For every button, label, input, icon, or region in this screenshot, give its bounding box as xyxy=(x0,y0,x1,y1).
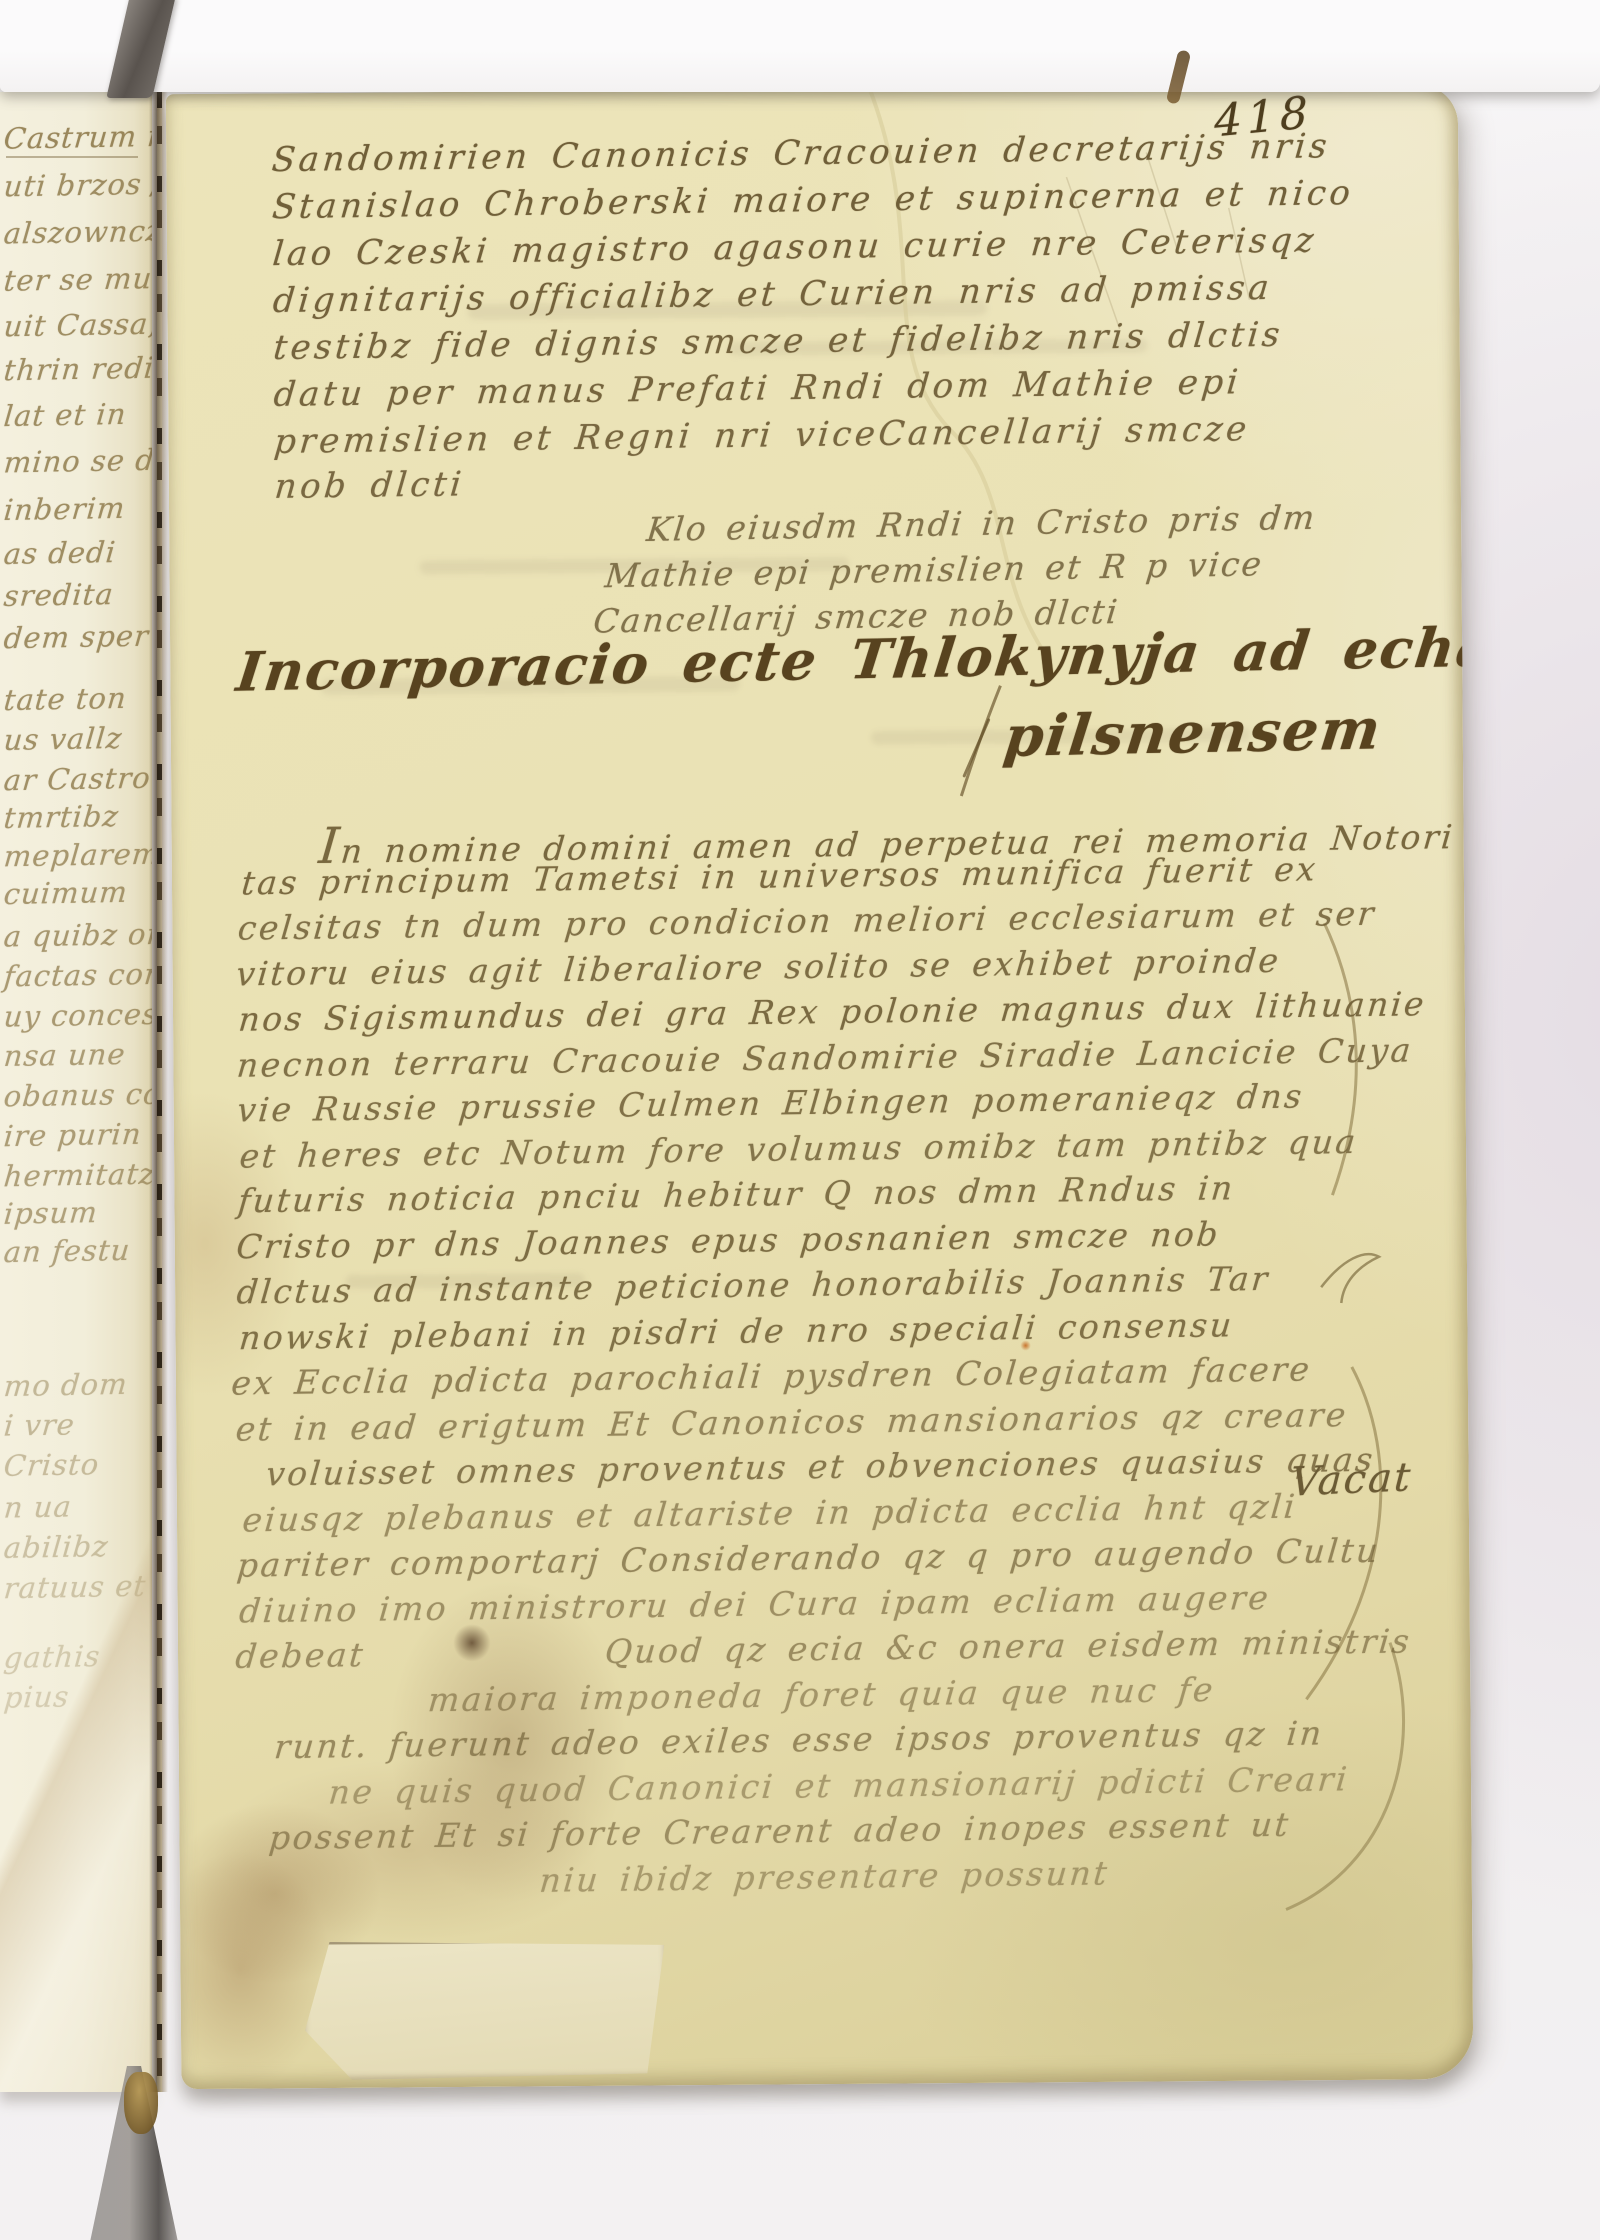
body-line: maiora imponeda foret quia que nuc fe xyxy=(426,1670,1217,1719)
top-paragraph-line: premislien et Regni nri viceCancellarij … xyxy=(272,409,1251,462)
left-page-text-fragment: thrin redi xyxy=(2,351,152,388)
left-page-text-fragment: obanus co xyxy=(2,1077,152,1114)
body-line: et in ead erigtum Et Canonicos mansionar… xyxy=(234,1395,1350,1449)
body-line: Cristo pr dns Joannes epus posnanien smc… xyxy=(235,1214,1222,1266)
section-heading-line-2: pilsnensem xyxy=(1001,696,1386,770)
heading-slash-mark xyxy=(962,718,990,778)
closing-formula-line: Klo eiusdm Rndi in Cristo pris dm xyxy=(645,498,1319,549)
left-page-text-fragment: uy concesso xyxy=(2,996,152,1033)
closing-formula-line: Mathie epi premislien et R p vice xyxy=(603,544,1265,595)
left-page-text-fragment: ter se mutuo xyxy=(2,260,152,297)
top-paragraph-line: nob dlcti xyxy=(273,464,466,507)
body-line: niu ibidz presentare possunt xyxy=(538,1853,1111,1899)
body-line: dlctus ad instante peticione honorabilis… xyxy=(235,1259,1271,1312)
top-paragraph-line: lao Czeski magistro agasonu curie nre Ce… xyxy=(271,220,1319,274)
body-line: nowski plebani in pisdri de nro speciali… xyxy=(237,1305,1235,1357)
left-page-text-fragment: meplarem xyxy=(2,837,152,874)
top-paragraph-line: Stanislao Chroberski maiore et supincern… xyxy=(271,173,1356,227)
left-page-text-fragment: ar Castro xyxy=(2,761,152,798)
body-line: nos Sigismundus dei gra Rex polonie magn… xyxy=(237,984,1428,1039)
manuscript-page: 418 Sandomirien Canonicis Cracouien decr… xyxy=(166,84,1474,2089)
left-page-text-fragment: nsa une xyxy=(2,1037,127,1073)
left-page-text-fragment: as dedi xyxy=(2,535,117,571)
top-paragraph-line: datu per manus Prefati Rndi dom Mathie e… xyxy=(272,362,1243,415)
body-line: possent Et si forte Crearent adeo inopes… xyxy=(267,1805,1292,1857)
body-line: voluisset omnes proventus et obvenciones… xyxy=(265,1440,1377,1494)
body-line: vie Russie prussie Culmen Elbingen pomer… xyxy=(236,1077,1306,1130)
top-paragraph-line: Sandomirien Canonicis Cracouien decretar… xyxy=(270,126,1332,180)
left-page-text-fragment: a quibz onz xyxy=(2,916,152,953)
left-page-text-fragment: Castrum mil xyxy=(2,118,152,155)
left-page-text-fragment: ipsum xyxy=(2,1195,99,1231)
top-paragraph-line: dignitarijs officialibz et Curien nris a… xyxy=(271,268,1274,321)
photo-backdrop: { "page_number": "418", "heading": { "li… xyxy=(0,0,1600,2240)
left-page-text-fragment: mino se de xyxy=(2,443,152,480)
left-page-text-fragment: cuimum xyxy=(2,875,129,911)
body-line: vitoru eius agit liberaliore solito se e… xyxy=(235,941,1283,994)
left-page-text-fragment: lat et in xyxy=(2,397,128,433)
left-page-text-fragment: i vre xyxy=(2,1407,76,1442)
marginal-underline xyxy=(6,156,138,158)
left-page-text-fragment: uti brzos / xyxy=(2,167,152,204)
top-cover-sheet xyxy=(0,0,1600,92)
body-line: diuino imo ministroru dei Cura ipam ecli… xyxy=(238,1578,1273,1631)
body-line: runt. fuerunt adeo exiles esse ipsos pro… xyxy=(273,1713,1326,1766)
body-line: eiusqz plebanus et altariste in pdicta e… xyxy=(241,1487,1299,1540)
repair-patch xyxy=(304,1939,665,2080)
left-page-text-fragment: sredita xyxy=(2,577,115,613)
body-line: futuris noticia pnciu hebitur Q nos dmn … xyxy=(236,1168,1236,1220)
left-page-text-fragment: factas cora xyxy=(2,956,152,993)
body-line: debeat Quod qz ecia &c onera eisdem mini… xyxy=(234,1621,1413,1675)
left-page-text-fragment: us vallz xyxy=(2,721,123,757)
left-page-text-fragment: inberim xyxy=(2,491,127,527)
margin-flourish-icon xyxy=(1321,1254,1379,1303)
left-page-text-fragment: an festu xyxy=(2,1233,131,1269)
page-fold-crease xyxy=(0,1452,152,2092)
left-page-text-fragment: tmrtibz xyxy=(2,799,120,835)
body-line: ex Ecclia pdicta parochiali pysdren Cole… xyxy=(230,1349,1314,1402)
left-page-text-fragment: dem sper xyxy=(2,619,150,656)
top-paragraph-line: testibz fide dignis smcze et fidelibz nr… xyxy=(272,315,1285,368)
body-line: et heres etc Notum fore volumus omibz ta… xyxy=(238,1122,1360,1176)
body-line: pariter comportarj Considerando qz q pro… xyxy=(235,1531,1382,1585)
facing-page-edge: Castrum miluti brzos /alszownczeter se m… xyxy=(0,92,152,2092)
left-page-text-fragment: ire purin xyxy=(2,1117,143,1153)
binding-gutter xyxy=(149,92,168,2092)
body-line: celsitas tn dum pro condicion meliori ec… xyxy=(236,894,1378,948)
left-page-text-fragment: hermitatz xyxy=(2,1157,152,1194)
left-page-text-fragment: tate ton xyxy=(2,681,128,717)
left-page-text-fragment: mo dom xyxy=(2,1367,129,1403)
weight-ferrule xyxy=(124,2072,158,2134)
left-page-text-fragment: uit Cassa, xyxy=(2,307,152,344)
left-page-text-fragment: alszowncze xyxy=(2,213,152,250)
section-heading-line-1: Incorporacio ecte Thlokynyja ad echam xyxy=(233,613,1473,703)
margin-note-vacat: Vacat xyxy=(1289,1454,1414,1505)
body-line: ne quis quod Canonici et mansionarij pdi… xyxy=(327,1759,1351,1811)
